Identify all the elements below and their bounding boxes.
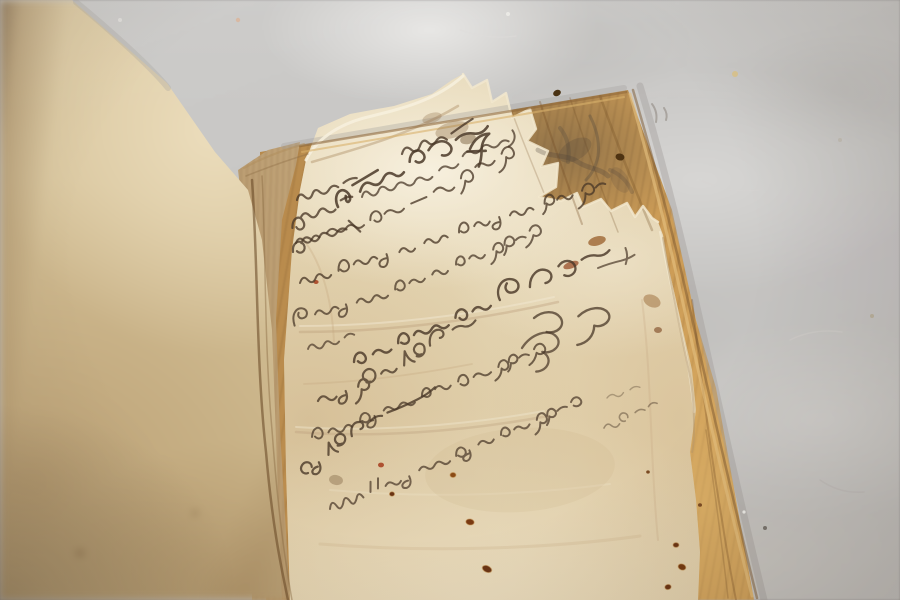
photo-stage bbox=[0, 0, 900, 600]
